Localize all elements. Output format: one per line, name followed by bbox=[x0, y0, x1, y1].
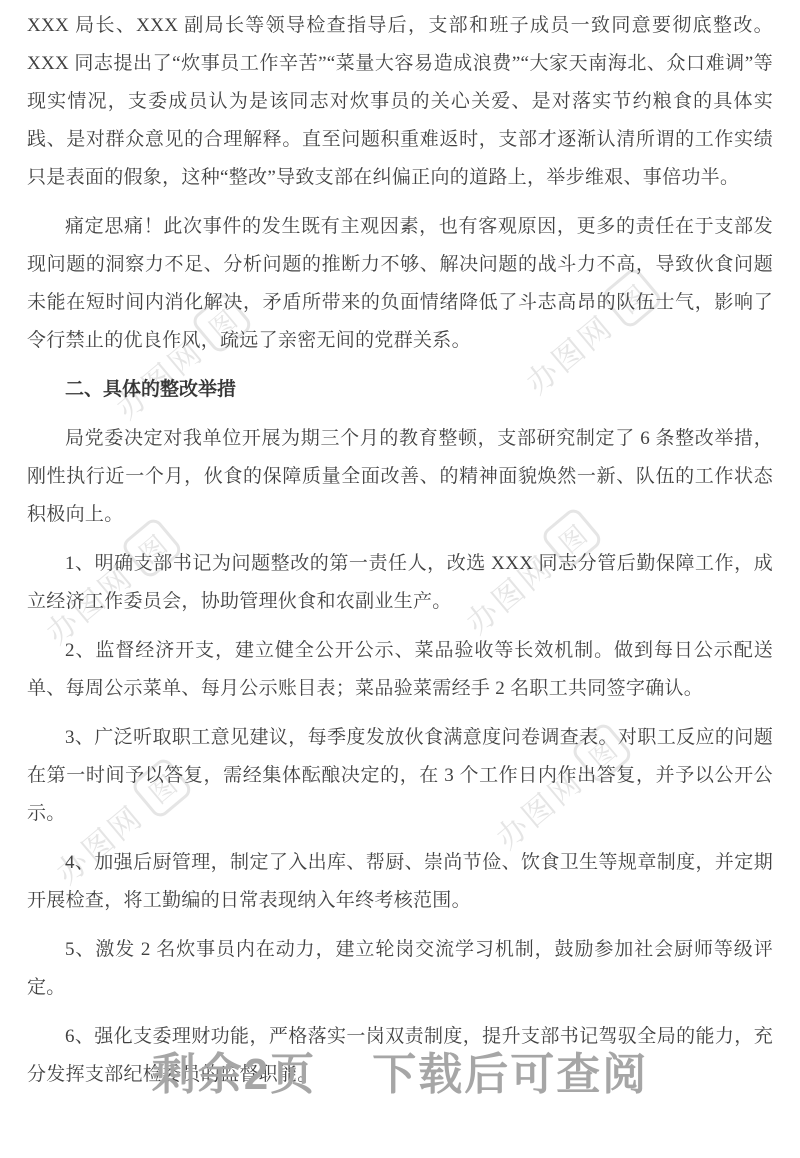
paragraph-reflection: 痛定思痛！此次事件的发生既有主观因素，也有客观原因，更多的责任在于支部发现问题的… bbox=[27, 208, 773, 360]
remaining-pages-text: 剩余2页 bbox=[152, 1046, 316, 1104]
measure-item-3: 3、广泛听取职工意见建议，每季度发放伙食满意度问卷调查表。对职工反应的问题在第一… bbox=[27, 719, 773, 833]
document-page: 办图网 图 办图网 图 办图网 图 办图网 图 办图网 图 办图网 图 XXX … bbox=[0, 0, 800, 1158]
measure-item-4: 4、加强后厨管理，制定了入出库、帮厨、崇尚节俭、饮食卫生等规章制度，并定期开展检… bbox=[27, 844, 773, 920]
download-hint-text: 下载后可查阅 bbox=[372, 1046, 648, 1104]
measure-item-2: 2、监督经济开支，建立健全公开公示、菜品验收等长效机制。做到每日公示配送单、每周… bbox=[27, 632, 773, 708]
paragraph-overview: 局党委决定对我单位开展为期三个月的教育整顿，支部研究制定了 6 条整改举措，刚性… bbox=[27, 420, 773, 534]
pages-remaining-banner: 剩余2页 下载后可查阅 bbox=[0, 1046, 800, 1104]
document-body: XXX 局长、XXX 副局长等领导检查指导后，支部和班子成员一致同意要彻底整改。… bbox=[27, 7, 773, 1105]
measure-item-5: 5、激发 2 名炊事员内在动力，建立轮岗交流学习机制，鼓励参加社会厨师等级评定。 bbox=[27, 931, 773, 1007]
paragraph-continuation: XXX 局长、XXX 副局长等领导检查指导后，支部和班子成员一致同意要彻底整改。… bbox=[27, 7, 773, 197]
section-heading-2: 二、具体的整改举措 bbox=[27, 371, 773, 409]
measure-item-1: 1、明确支部书记为问题整改的第一责任人，改选 XXX 同志分管后勤保障工作，成立… bbox=[27, 545, 773, 621]
